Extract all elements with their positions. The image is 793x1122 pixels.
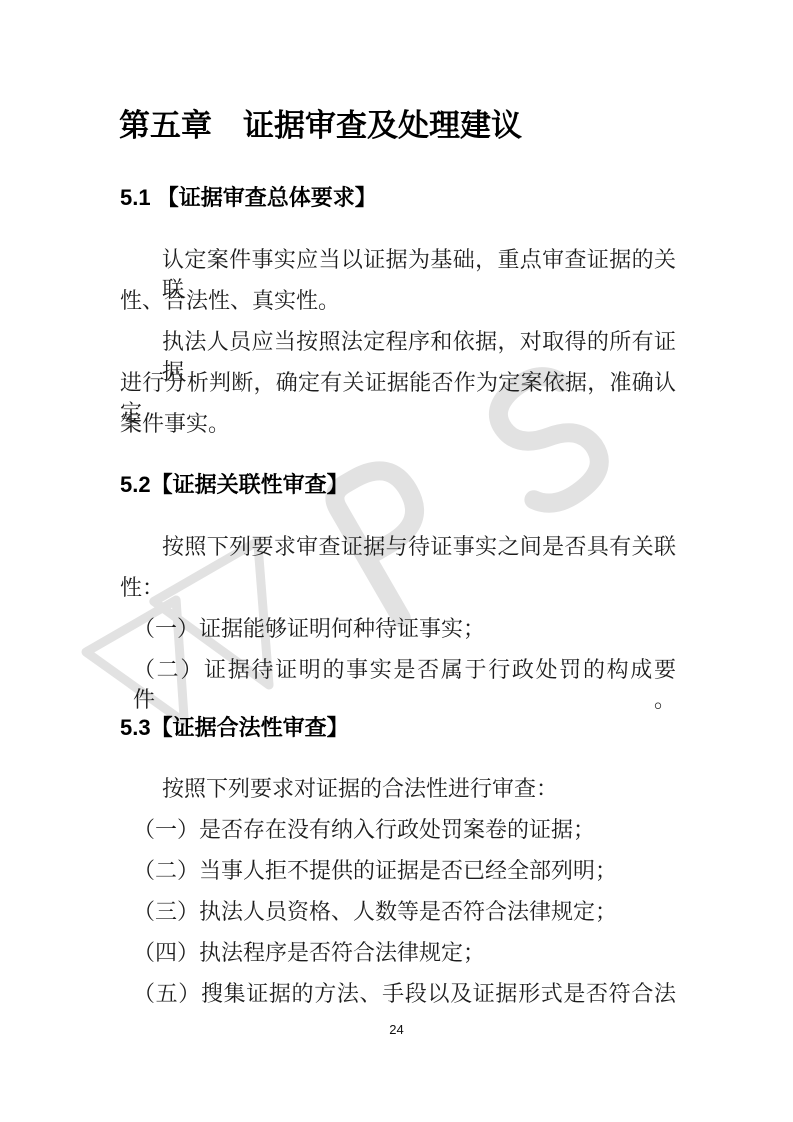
list-item: （四）执法程序是否符合法律规定； [120,938,676,968]
list-item: （二）证据待证明的事实是否属于行政处罚的构成要件。 [120,655,676,715]
paragraph-line: 性、合法性、真实性。 [120,286,676,316]
paragraph-line: 按照下列要求审查证据与待证事实之间是否具有关联 [120,532,676,562]
document-page: 第五章 证据审查及处理建议 5.1 【证据审查总体要求】 认定案件事实应当以证据… [0,0,793,1122]
section-heading-5-3: 5.3【证据合法性审查】 [120,713,720,743]
paragraph-line: 按照下列要求对证据的合法性进行审查： [120,774,676,804]
paragraph-line: 案件事实。 [120,409,676,439]
paragraph-line: 性： [120,573,676,603]
page-number: 24 [0,1022,793,1037]
section-heading-5-1: 5.1 【证据审查总体要求】 [120,183,720,213]
list-item: （二）当事人拒不提供的证据是否已经全部列明； [120,856,676,886]
list-item: （一）证据能够证明何种待证事实； [120,614,676,644]
list-item: （五）搜集证据的方法、手段以及证据形式是否符合法 [120,979,676,1009]
section-heading-5-2: 5.2【证据关联性审查】 [120,470,720,500]
list-item: （一）是否存在没有纳入行政处罚案卷的证据； [120,815,676,845]
list-item: （三）执法人员资格、人数等是否符合法律规定； [120,897,676,927]
chapter-title: 第五章 证据审查及处理建议 [119,105,719,147]
